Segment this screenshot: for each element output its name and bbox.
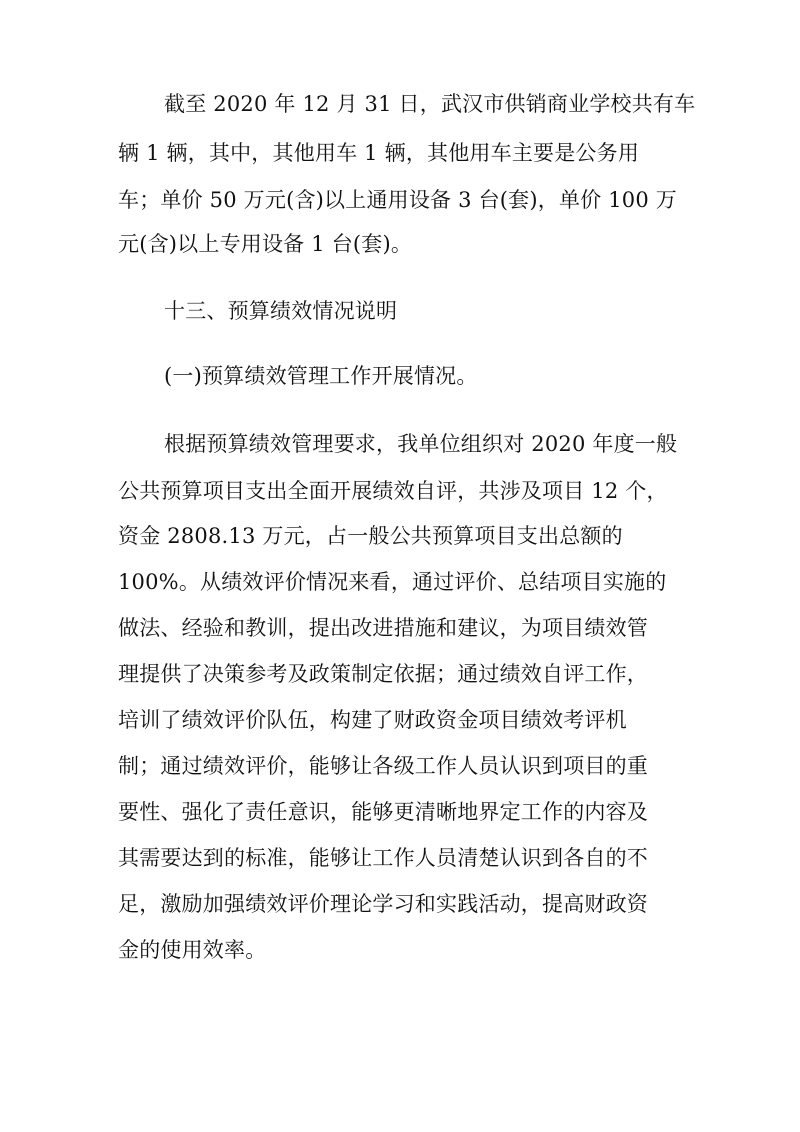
paragraph-vehicles-line-1: 截至 2020 年 12 月 31 日，武汉市供销商业学校共有车 — [164, 91, 695, 117]
paragraph-vehicles-line-3: 车；单价 50 万元(含)以上通用设备 3 台(套)，单价 100 万 — [118, 187, 677, 213]
paragraph-performance-line-2: 公共预算项目支出全面开展绩效自评，共涉及项目 12 个， — [118, 478, 668, 504]
paragraph-vehicles-line-4: 元(含)以上专用设备 1 台(套)。 — [118, 231, 412, 257]
paragraph-performance-line-11: 足，激励加强绩效评价理论学习和实践活动，提高财政资 — [118, 891, 648, 917]
paragraph-performance-line-8: 制；通过绩效评价，能够让各级工作人员认识到项目的重 — [118, 753, 648, 779]
document-page: 截至 2020 年 12 月 31 日，武汉市供销商业学校共有车 辆 1 辆，其… — [0, 0, 800, 1132]
paragraph-performance-line-12: 金的使用效率。 — [118, 937, 266, 963]
paragraph-performance-line-6: 理提供了决策参考及政策制定依据；通过绩效自评工作， — [118, 661, 648, 687]
paragraph-performance-line-7: 培训了绩效评价队伍，构建了财政资金项目绩效考评机 — [118, 707, 627, 733]
paragraph-performance-line-1: 根据预算绩效管理要求，我单位组织对 2020 年度一般 — [164, 431, 677, 457]
subsection-heading: (一)预算绩效管理工作开展情况。 — [164, 363, 478, 389]
paragraph-performance-line-5: 做法、经验和教训，提出改进措施和建议，为项目绩效管 — [118, 615, 648, 641]
paragraph-performance-line-10: 其需要达到的标准，能够让工作人员清楚认识到各自的不 — [118, 845, 648, 871]
paragraph-performance-line-4: 100%。从绩效评价情况来看，通过评价、总结项目实施的 — [118, 569, 666, 595]
paragraph-performance-line-3: 资金 2808.13 万元，占一般公共预算项目支出总额的 — [118, 523, 623, 549]
section-heading: 十三、预算绩效情况说明 — [164, 298, 397, 324]
paragraph-performance-line-9: 要性、强化了责任意识，能够更清晰地界定工作的内容及 — [118, 799, 648, 825]
paragraph-vehicles-line-2: 辆 1 辆，其中，其他用车 1 辆，其他用车主要是公务用 — [118, 140, 639, 166]
